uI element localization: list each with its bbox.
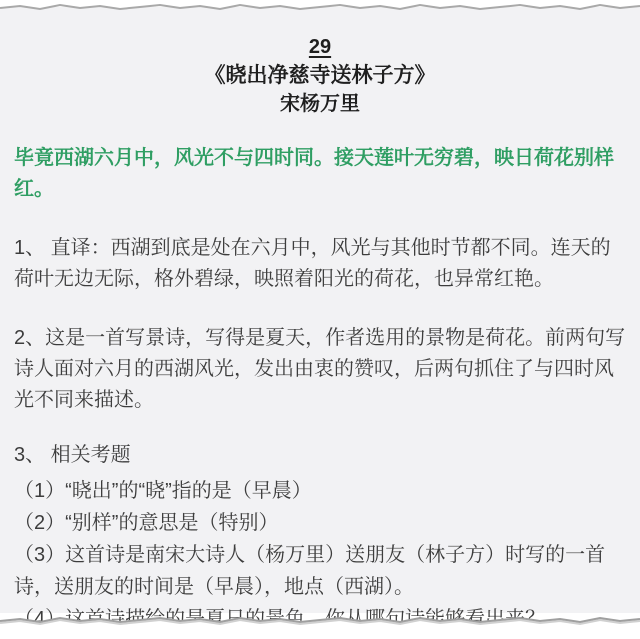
translation-paragraph: 1、 直译：西湖到底是处在六月中，风光与其他时节都不同。连天的荷叶无边无际，格外… [14, 233, 626, 295]
poem-title: 《晓出净慈寺送林子方》 [14, 62, 626, 89]
poem-author: 宋杨万里 [14, 91, 626, 117]
question-item: （1）“晓出”的“晓”指的是（早晨） [14, 475, 626, 507]
question-item: （2）“别样”的意思是（特别） [14, 507, 626, 539]
heading-block: 29 《晓出净慈寺送林子方》 宋杨万里 [14, 34, 626, 117]
torn-paper-bottom-edge [0, 609, 640, 639]
analysis-paragraph: 2、这是一首写景诗，写得是夏天，作者选用的景物是荷花。前两句写诗人面对六月的西湖… [14, 323, 626, 416]
question-item: （3）这首诗是南宋大诗人（杨万里）送朋友（林子方）时写的一首诗，送朋友的时间是（… [14, 539, 626, 603]
related-questions-heading: 3、 相关考题 [14, 440, 626, 471]
page: 29 《晓出净慈寺送林子方》 宋杨万里 毕竟西湖六月中，风光不与四时同。接天莲叶… [0, 0, 640, 639]
poem-text: 毕竟西湖六月中，风光不与四时同。接天莲叶无穷碧，映日荷花别样红。 [14, 143, 626, 205]
page-number: 29 [14, 34, 626, 60]
document-content: 29 《晓出净慈寺送林子方》 宋杨万里 毕竟西湖六月中，风光不与四时同。接天莲叶… [0, 0, 640, 635]
